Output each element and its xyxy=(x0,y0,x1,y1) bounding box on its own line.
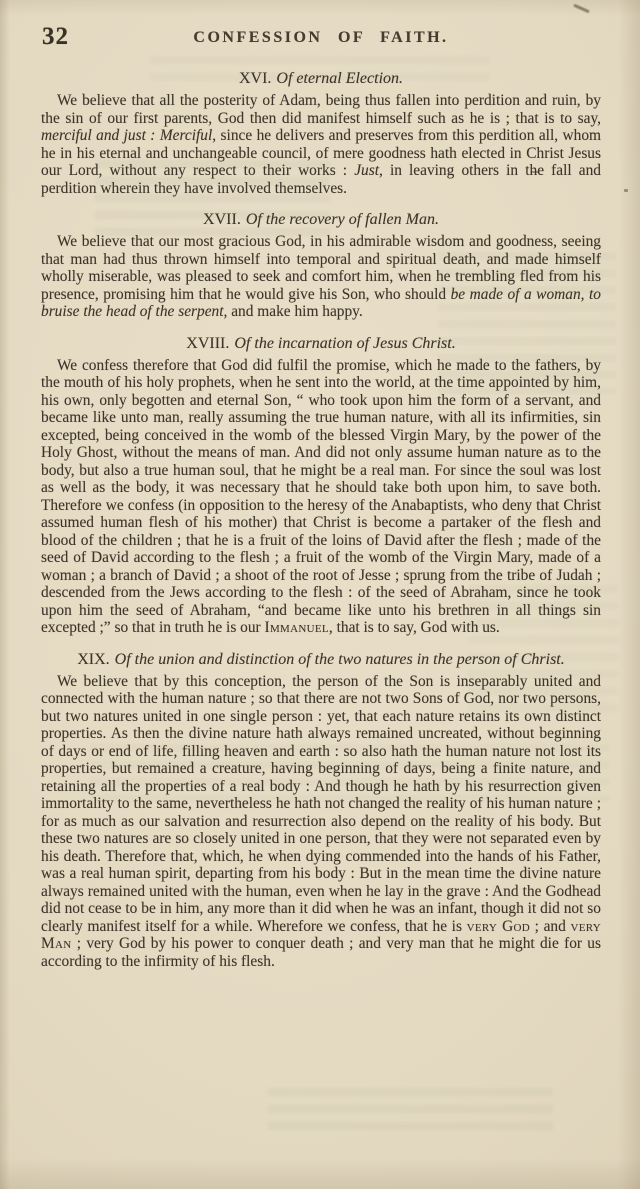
page-content: 32 CONFESSION OF FAITH. XVI.Of eternal E… xyxy=(0,0,640,970)
section-heading: XVII.Of the recovery of fallen Man. xyxy=(41,210,601,229)
section-eternal-election: XVI.Of eternal Election. We believe that… xyxy=(41,69,601,197)
running-title: CONFESSION OF FAITH. xyxy=(41,20,601,47)
section-title: Of eternal Election. xyxy=(276,70,403,87)
section-heading: XVI.Of eternal Election. xyxy=(41,69,601,88)
paragraph-text-smallcaps: very God xyxy=(467,918,530,935)
paragraph-text: We believe that all the posterity of Ada… xyxy=(41,92,601,127)
section-title: Of the incarnation of Jesus Christ. xyxy=(234,335,455,352)
section-title: Of the recovery of fallen Man. xyxy=(246,211,439,228)
section-incarnation: XVIII.Of the incarnation of Jesus Christ… xyxy=(41,334,601,637)
paragraph-text: , that is to say, God with us. xyxy=(329,619,500,636)
paragraph-text: ; and xyxy=(530,918,570,935)
section-title: Of the union and distinction of the two … xyxy=(115,651,565,668)
paragraph-text: and make him happy. xyxy=(227,303,362,320)
section-union-of-two-natures: XIX.Of the union and distinction of the … xyxy=(41,650,601,971)
section-heading: XIX.Of the union and distinction of the … xyxy=(41,650,601,669)
section-numeral: XVI. xyxy=(239,70,271,87)
paragraph-text-smallcaps: Immanuel xyxy=(265,619,329,636)
paragraph-text: We believe that by this conception, the … xyxy=(41,673,601,935)
paragraph-text-italic: merciful and just : Merciful xyxy=(41,127,212,144)
section-recovery-of-fallen-man: XVII.Of the recovery of fallen Man. We b… xyxy=(41,210,601,321)
paragraph-text: ; very God by his power to conquer death… xyxy=(41,935,601,970)
section-paragraph: We confess therefore that God did fulfil… xyxy=(41,357,601,637)
section-paragraph: We believe that our most gracious God, i… xyxy=(41,233,601,321)
book-page: 32 CONFESSION OF FAITH. XVI.Of eternal E… xyxy=(0,0,640,1189)
section-heading: XVIII.Of the incarnation of Jesus Christ… xyxy=(41,334,601,353)
section-numeral: XVIII. xyxy=(186,335,229,352)
paragraph-text-italic: Just xyxy=(354,162,379,179)
section-numeral: XVII. xyxy=(203,211,241,228)
section-paragraph: We believe that all the posterity of Ada… xyxy=(41,92,601,197)
section-paragraph: We believe that by this conception, the … xyxy=(41,673,601,971)
running-head: 32 CONFESSION OF FAITH. xyxy=(41,20,601,56)
show-through-texture xyxy=(268,1088,553,1134)
page-number: 32 xyxy=(42,23,69,51)
section-numeral: XIX. xyxy=(77,651,109,668)
paragraph-text: We confess therefore that God did fulfil… xyxy=(41,357,601,637)
